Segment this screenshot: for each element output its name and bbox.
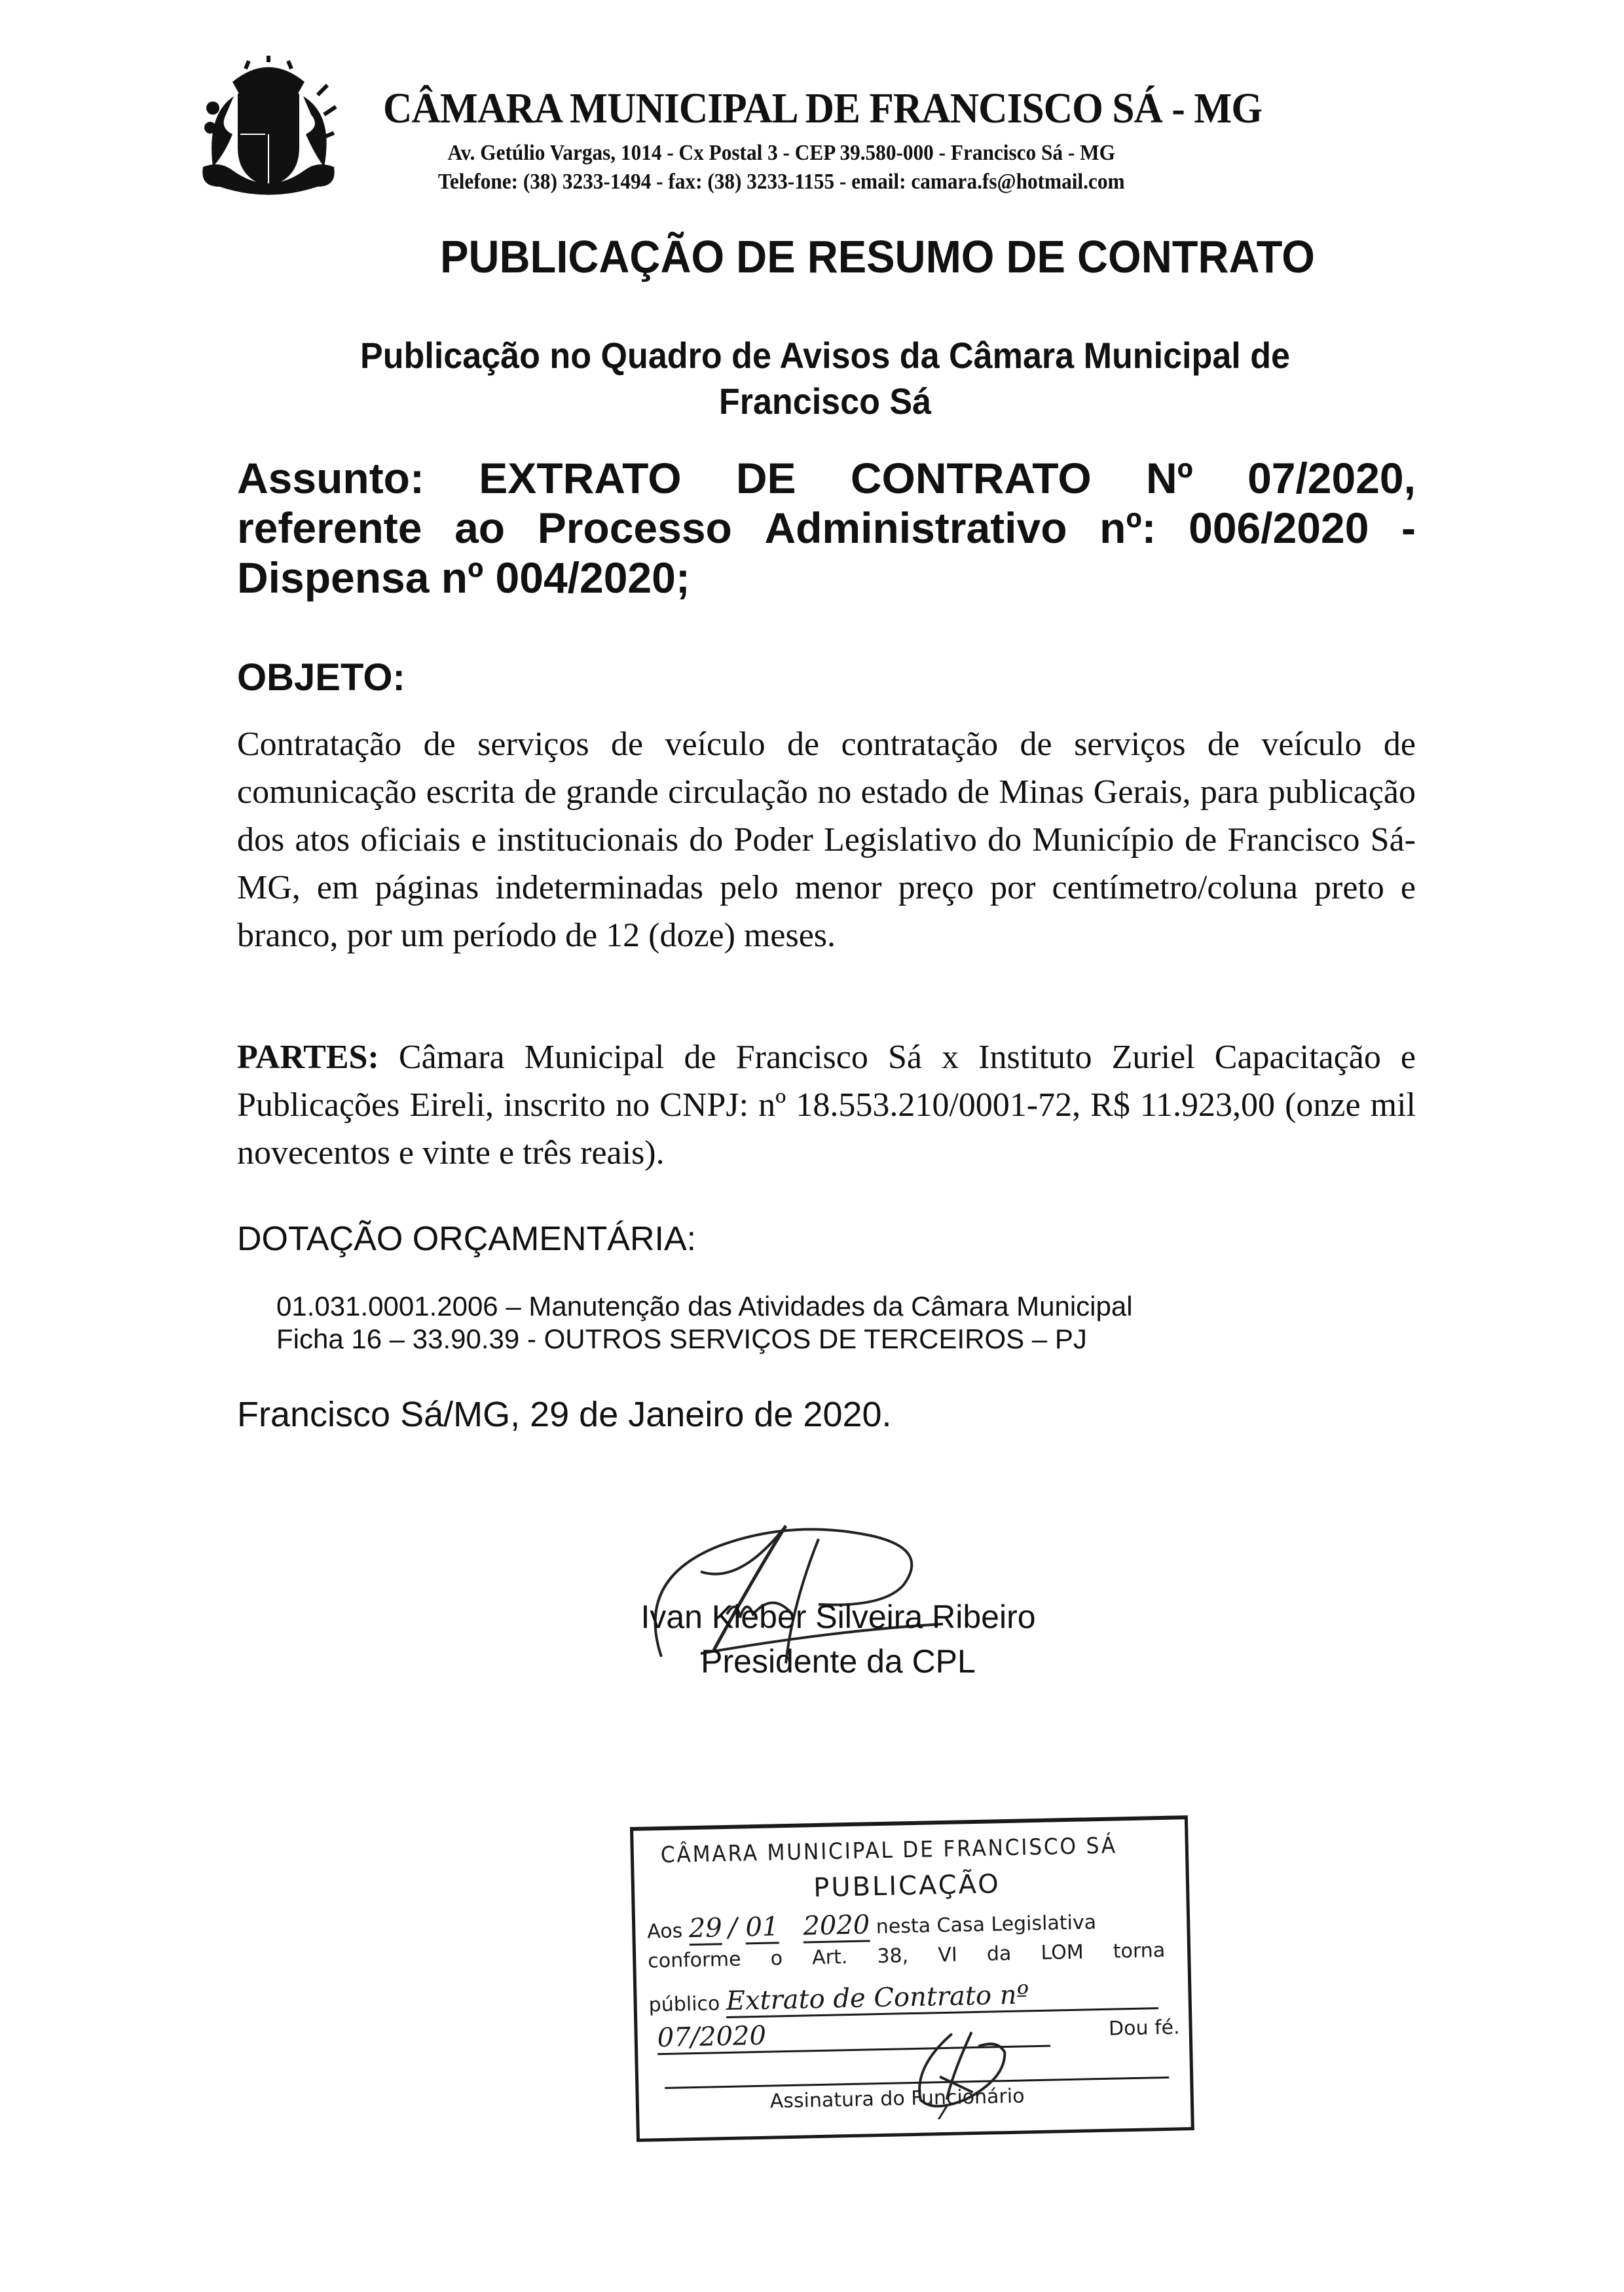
parties-paragraph: PARTES: Câmara Municipal de Francisco Sá… [237,1033,1416,1177]
stamp-dou-fe: Dou fé. [1109,2016,1180,2040]
budget-line-1: 01.031.0001.2006 – Manutenção das Ativid… [276,1290,1133,1323]
subtitle-line-2: Francisco Sá [314,379,1337,424]
stamp-handwritten-item: Extrato de Contrato nº [726,1977,1158,2018]
object-label: OBJETO: [237,656,405,699]
place-and-date: Francisco Sá/MG, 29 de Janeiro de 2020. [237,1394,892,1435]
subject-line-2: referente ao Processo Administrativo nº:… [237,503,1416,553]
parties-text: Câmara Municipal de Francisco Sá x Insti… [237,1039,1416,1172]
document-subtitle: Publicação no Quadro de Avisos da Câmara… [314,333,1337,424]
subtitle-line-1: Publicação no Quadro de Avisos da Câmara… [314,333,1337,379]
stamp-month: 01 [745,1912,779,1944]
subject-block: Assunto: EXTRATO DE CONTRATO Nº 07/2020,… [237,453,1416,602]
budget-allocation-lines: 01.031.0001.2006 – Manutenção das Ativid… [276,1290,1133,1356]
budget-line-2: Ficha 16 – 33.90.39 - OUTROS SERVIÇOS DE… [276,1323,1133,1356]
stamp-date-line: Aos 29 / 01 2020 nesta Casa Legislativa [647,1905,1097,1946]
institution-name: CÂMARA MUNICIPAL DE FRANCISCO SÁ - MG [354,85,1291,132]
parties-label: PARTES: [237,1039,379,1076]
stamp-year: 2020 [803,1910,870,1943]
object-text: Contratação de serviços de veículo de co… [237,720,1416,959]
coat-of-arms-logo [193,56,344,200]
document-title: PUBLICAÇÃO DE RESUMO DE CONTRATO [390,231,1365,283]
stamp-day: 29 [688,1913,722,1946]
institution-contact: Telefone: (38) 3233-1494 - fax: (38) 323… [354,169,1209,195]
subject-line-3: Dispensa nº 004/2020; [237,553,1416,602]
signer-name: Ivan Kleber Silveira Ribeiro [576,1598,1100,1636]
subject-line-1: Assunto: EXTRATO DE CONTRATO Nº 07/2020, [237,453,1416,503]
publication-stamp: CÂMARA MUNICIPAL DE FRANCISCO SÁ PUBLICA… [630,1815,1194,2142]
municipal-coat-of-arms-icon [193,56,344,200]
signer-role: Presidente da CPL [576,1642,1100,1680]
stamp-header: CÂMARA MUNICIPAL DE FRANCISCO SÁ [644,1832,1134,1869]
budget-allocation-label: DOTAÇÃO ORÇAMENTÁRIA: [237,1219,696,1259]
stamp-public-line: público Extrato de Contrato nº [648,1977,1158,2020]
institution-address: Av. Getúlio Vargas, 1014 - Cx Postal 3 -… [354,140,1209,166]
stamp-title: PUBLICAÇÃO [635,1865,1180,1906]
